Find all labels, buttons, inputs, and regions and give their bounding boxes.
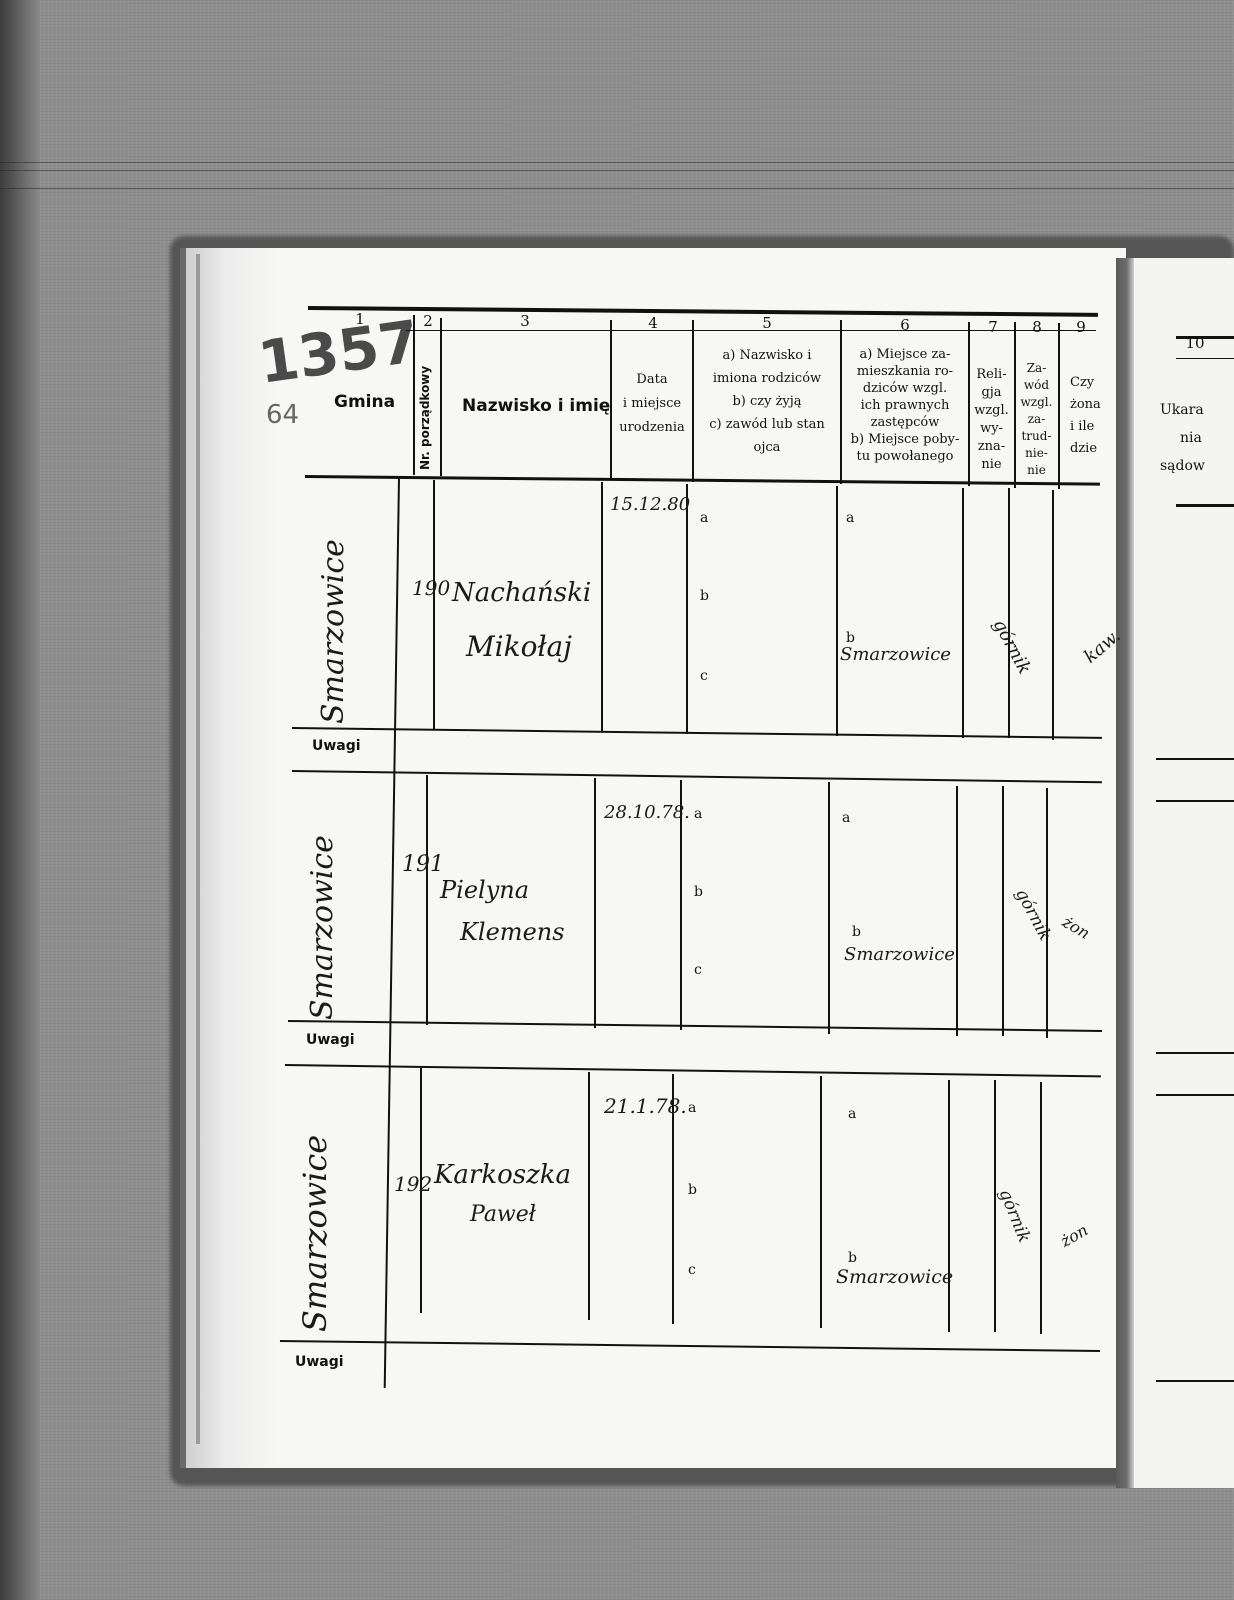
label-line: Ukara [1160,396,1234,424]
label-line: Data [612,370,692,390]
label-line: Za- [1015,360,1058,377]
right-rule [1156,800,1234,802]
label-line: b) Miejsce poby- [842,431,968,448]
entry-3-birth-date: 21.1.78. [604,1094,687,1118]
label-line: nia [1160,424,1234,452]
label-line: nie [969,456,1014,474]
entry-1-first-name: Mikołaj [466,630,572,663]
label-line: Reli- [969,366,1014,384]
col-4-label: Data i miejsce urodzenia [612,370,692,438]
label-line: wód [1015,377,1058,394]
label-line: mieszkania ro- [842,363,968,380]
col-3-number: 3 [510,312,540,330]
entry-1-6a: a [846,510,854,526]
col-4-number: 4 [638,314,668,332]
entry-1-5c: c [700,668,708,684]
scan-artifact-line [0,188,1234,189]
col-9-number: 9 [1066,318,1096,336]
entry-2-number: 191 [402,852,444,877]
entry-2-5a: a [694,806,702,822]
col-divider [820,1076,822,1328]
entry-1-5a: a [700,510,708,526]
label-line: a) Miejsce za- [842,346,968,363]
entry-2-surname: Pielyna [440,876,529,904]
col-1-label: Gmina [334,392,395,412]
label-line: ich prawnych [842,397,968,414]
col-divider [1040,1082,1042,1334]
col-3-label: Nazwisko i imię [462,396,610,416]
scan-artifact-line [0,170,1234,171]
entry-1-5b: b [700,588,709,604]
right-rule [1156,1094,1234,1096]
col-6-number: 6 [890,316,920,334]
label-line: za- [1015,411,1058,428]
right-rule [1156,1380,1234,1382]
scan-artifact-line [0,162,1234,163]
entry-3-first-name: Paweł [470,1202,536,1227]
col-divider [948,1080,950,1332]
label-line: dzie [1070,438,1124,460]
label-line: nie- [1015,445,1058,462]
right-rule [1156,1052,1234,1054]
right-header-bottom-rule [1176,504,1234,507]
col-divider [433,480,435,730]
label-line: żona [1070,394,1124,416]
right-header-number-rule [1176,358,1234,359]
col-divider [426,775,428,1025]
col-6-label: a) Miejsce za- mieszkania ro- dziców wzg… [842,346,968,465]
col-divider [956,786,958,1036]
col-divider [994,1080,996,1332]
entry-2-5c: c [694,962,702,978]
entry-2-6b: b [852,924,861,940]
label-line: i ile [1070,416,1124,438]
pencil-page-number: 64 [266,400,299,430]
entry-2-birth-date: 28.10.78. [604,802,690,823]
col-divider [440,318,442,476]
entry-1-remarks-label: Uwagi [312,738,361,754]
right-header-top-rule [1176,336,1234,339]
col-10-label: Ukara nia sądow [1160,396,1234,480]
col-8-label: Za- wód wzgl. za- trud- nie- nie [1015,360,1058,479]
label-line: nie [1015,462,1058,479]
scan-edge-shadow [0,0,40,1600]
col-divider [601,482,603,732]
label-line: c) zawód lub stan [693,413,841,436]
label-line: b) czy żyją [693,390,841,413]
label-line: imiona rodziców [693,367,841,390]
entry-3-5a: a [688,1100,696,1116]
col-divider [962,488,964,738]
label-line: ojca [693,436,841,459]
label-line: gja [969,384,1014,402]
label-line: wy- [969,420,1014,438]
label-line: wzgl. [1015,394,1058,411]
entry-3-5b: b [688,1182,697,1198]
entry-2-gmina: Smarzowice [305,835,340,1020]
entry-3-5c: c [688,1262,696,1278]
label-line: zna- [969,438,1014,456]
col-5-label: a) Nazwisko i imiona rodziców b) czy żyj… [693,344,841,459]
label-line: i miejsce [612,394,692,414]
entry-3-6a: a [848,1106,856,1122]
entry-3-6b: b [848,1250,857,1266]
entry-3-number: 192 [394,1172,432,1196]
col-divider [1058,323,1060,489]
entry-2-6a: a [842,810,850,826]
col-divider [1002,786,1004,1036]
col-2-label: Nr. porządkowy [418,366,432,470]
col-divider [1046,788,1048,1038]
label-line: Czy [1070,372,1124,394]
col-1-number: 1 [345,310,375,328]
entry-2-remarks-label: Uwagi [306,1032,355,1048]
col-divider [1008,488,1010,738]
right-rule [1156,758,1234,760]
entry-1-number: 190 [412,576,450,600]
entry-1-gmina: Smarzowice [316,539,351,724]
entry-2-5b: b [694,884,703,900]
col-8-number: 8 [1022,318,1052,336]
entry-3-residence: Smarzowice [836,1266,953,1288]
label-line: urodzenia [612,418,692,438]
label-line: sądow [1160,452,1234,480]
label-line: dziców wzgl. [842,380,968,397]
col-2-number: 2 [418,312,438,330]
entry-2-first-name: Klemens [460,918,565,946]
entry-3-gmina: Smarzowice [296,1135,334,1332]
entry-1-residence: Smarzowice [840,644,951,665]
entry-3-surname: Karkoszka [434,1160,571,1190]
col-7-number: 7 [978,318,1008,336]
entry-2-residence: Smarzowice [844,944,955,965]
label-line: wzgl. [969,402,1014,420]
col-divider [588,1072,590,1320]
col-divider [686,484,688,734]
col-7-label: Reli- gja wzgl. wy- zna- nie [969,366,1014,474]
col-divider [828,782,830,1034]
label-line: tu powołanego [842,448,968,465]
label-line: trud- [1015,428,1058,445]
col-divider [594,778,596,1028]
entry-3-remarks-label: Uwagi [295,1354,344,1370]
col-9-label: Czy żona i ile dzie [1062,372,1124,460]
label-line: zastępców [842,414,968,431]
col-divider [836,486,838,736]
label-line: a) Nazwisko i [693,344,841,367]
col-divider [1052,490,1054,740]
page-binding-edge [196,254,200,1444]
entry-1-birth-date: 15.12.80 [610,494,690,515]
col-divider [413,315,415,475]
col-5-number: 5 [752,314,782,332]
entry-1-surname: Nachański [452,578,591,608]
